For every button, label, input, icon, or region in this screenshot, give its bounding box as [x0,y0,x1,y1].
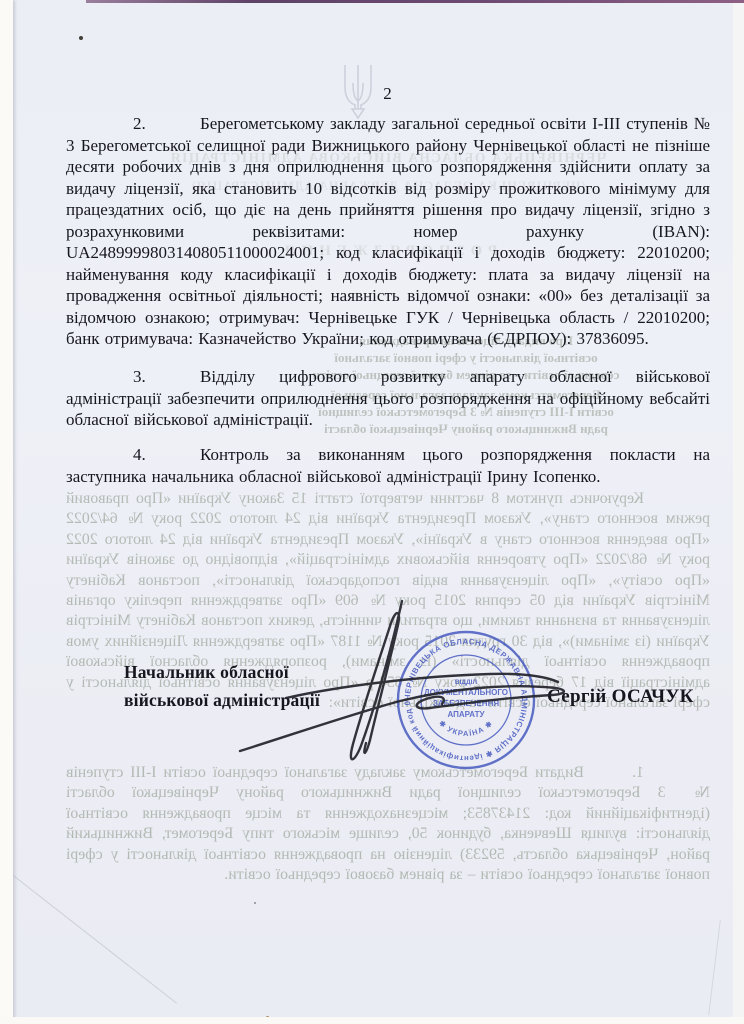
signature-scribble [210,588,590,783]
bleedthrough-title-line: освітньої діяльності у сфері повної зага… [280,349,652,366]
crease-line [3,867,177,1003]
scan-edge-top [86,0,744,3]
page-number: 2 [66,84,710,104]
crease-line [708,920,721,1014]
scan-edge-bottom [0,1017,744,1024]
paragraph-number: 2. [133,113,200,135]
paragraph-number: 4. [133,444,200,466]
paragraph-3: 3.Відділу цифрового розвитку апарату обл… [66,366,710,431]
ink-speck [79,36,83,40]
ink-speck [254,902,256,904]
document-page: ЧЕРНІВЕЦЬКА ОБЛАСНА ВІЙСЬКОВА АДМІНІСТРА… [0,0,744,1024]
scan-edge-right [733,0,744,1024]
paragraph-4: 4.Контроль за виконанням цього розпорядж… [66,444,710,487]
bleedthrough-item-number: 1. [584,763,644,783]
paragraph-text: Берегометському закладу загальної середн… [66,114,710,348]
scan-edge-left [0,0,13,1024]
paragraph-number: 3. [133,366,200,388]
trident-watermark-icon [341,63,375,119]
paragraph-2: 2.Берегометському закладу загальної сере… [66,113,710,350]
